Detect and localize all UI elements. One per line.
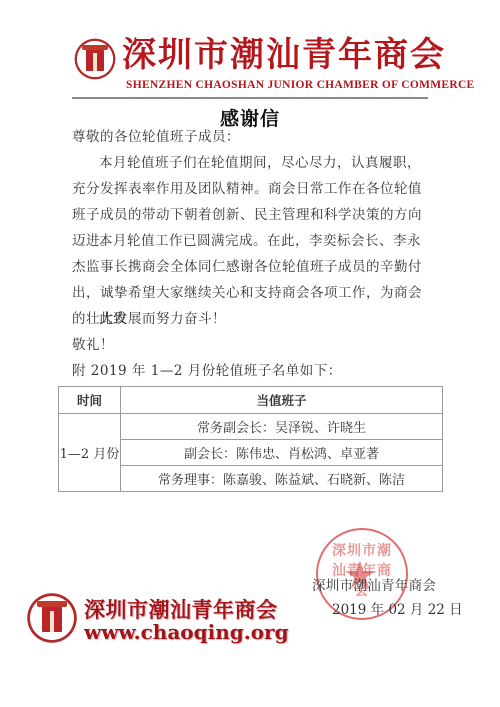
closing-salute: 敬礼！	[72, 332, 432, 358]
org-name-en: SHENZHEN CHAOSHAN JUNIOR CHAMBER OF COMM…	[126, 78, 475, 92]
chamber-emblem-icon	[72, 36, 118, 82]
roster-intro: 附 2019 年 1—2 月份轮值班子名单如下：	[72, 358, 432, 384]
signature-date: 2019 年 02 月 22 日	[332, 598, 463, 618]
header-divider	[72, 97, 428, 99]
header-duty-team: 当值班子	[121, 387, 443, 414]
org-name-cn: 深圳市潮汕青年商会	[122, 36, 446, 74]
signature-org: 深圳市潮汕青年商会	[312, 574, 436, 594]
closing-regards: 此致	[72, 306, 432, 332]
roster-table: 时间 当值班子 1—2 月份 常务副会长：吴泽锐、许晓生 副会长：陈伟忠、肖松鸿…	[58, 386, 443, 492]
duty-cell: 常务副会长：吴泽锐、许晓生	[121, 414, 443, 440]
duty-cell: 常务理事：陈嘉骏、陈益斌、石晓新、陈洁	[121, 466, 443, 492]
table-header-row: 时间 当值班子	[59, 387, 443, 414]
footer-emblem-icon	[24, 590, 80, 646]
salutation: 尊敬的各位轮值班子成员：	[72, 124, 432, 150]
table-row: 1—2 月份 常务副会长：吴泽锐、许晓生	[59, 414, 443, 440]
period-cell: 1—2 月份	[59, 414, 121, 492]
duty-cell: 副会长：陈伟忠、肖松鸿、卓亚著	[121, 440, 443, 466]
footer-website: www.chaoqing.org	[84, 620, 289, 644]
header-time: 时间	[59, 387, 121, 414]
